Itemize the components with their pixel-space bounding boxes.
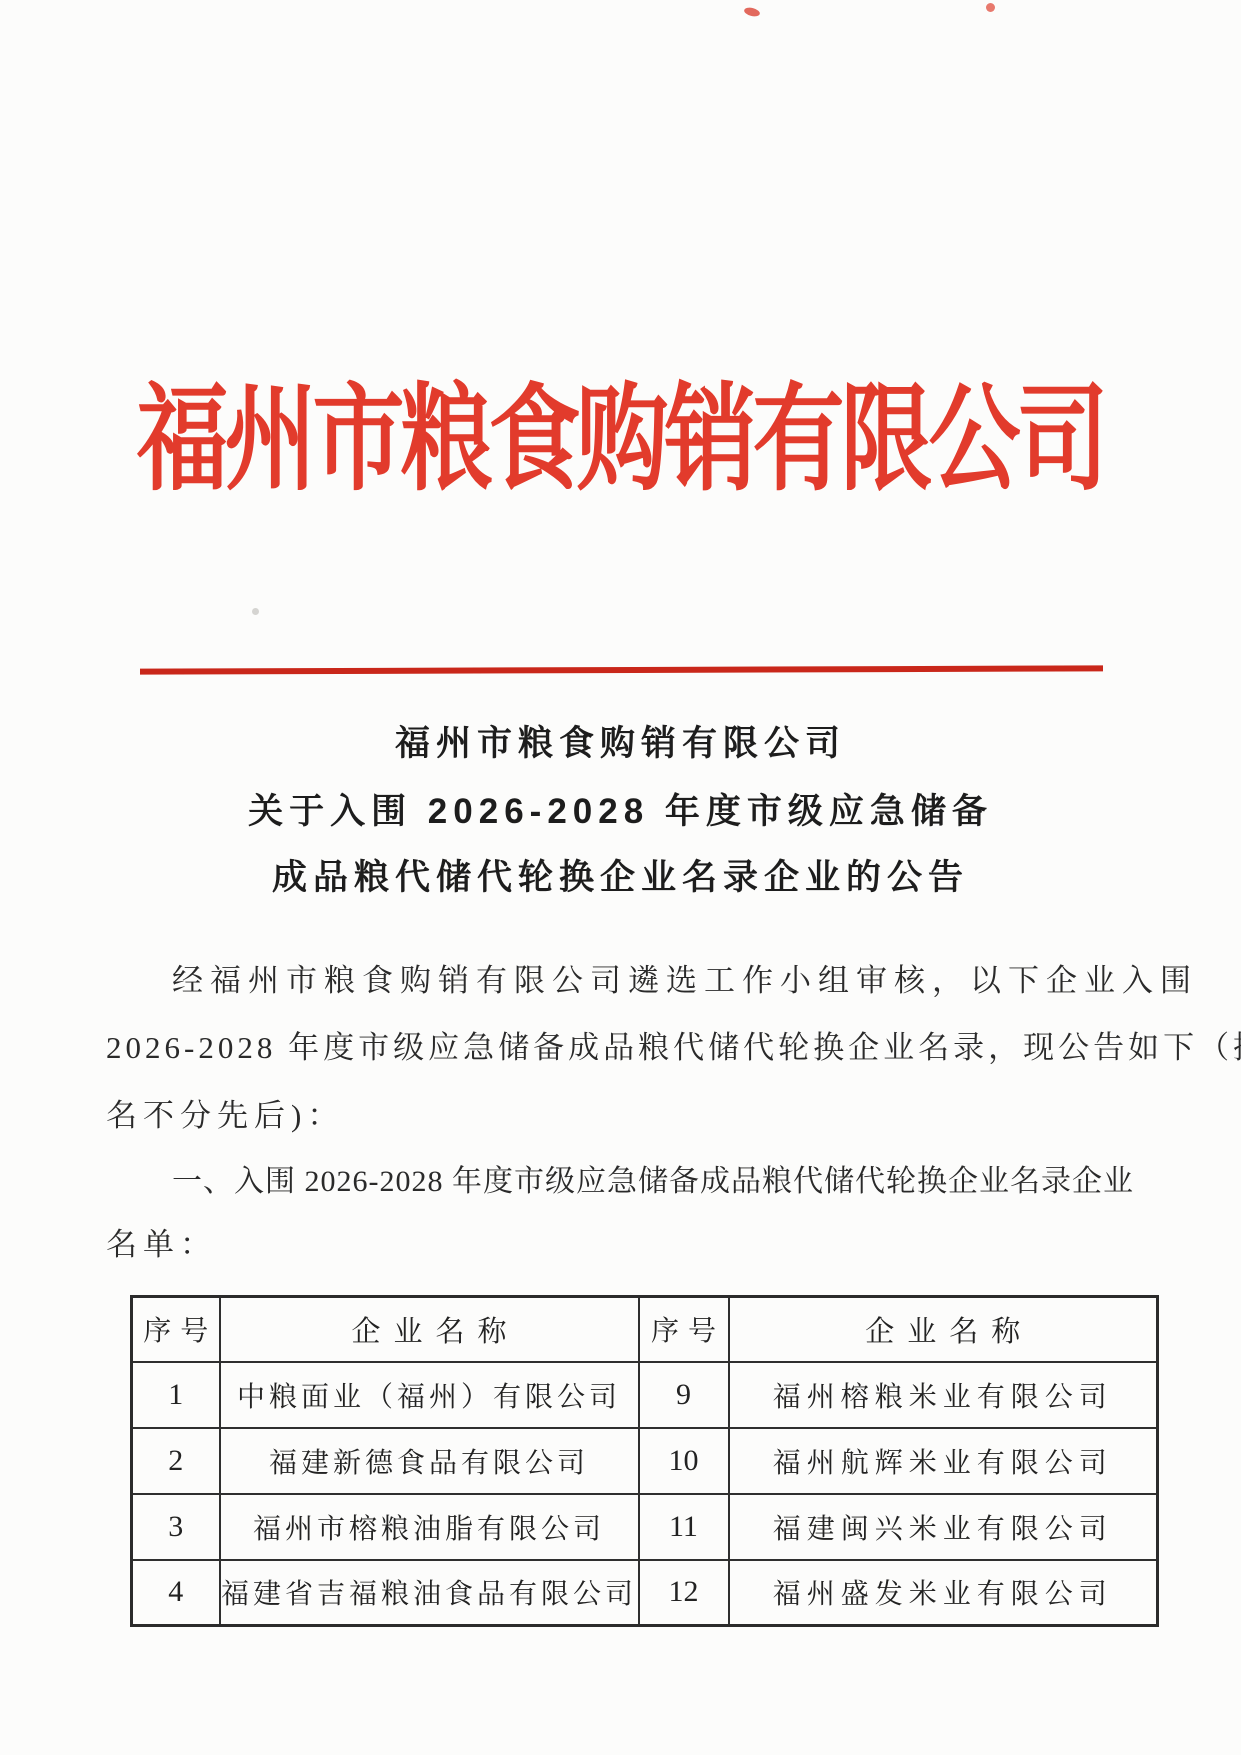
- company-name-cell: 中粮面业（福州）有限公司: [220, 1362, 639, 1428]
- row-index-cell: 10: [639, 1428, 729, 1494]
- companies-table: 序号 企业名称 序号 企业名称 1 中粮面业（福州）有限公司 9 福州榕粮米业有…: [130, 1295, 1159, 1627]
- scan-speck: [743, 6, 760, 18]
- table-row: 2 福建新德食品有限公司 10 福州航辉米业有限公司: [132, 1428, 1158, 1494]
- table-header-row: 序号 企业名称 序号 企业名称: [132, 1297, 1158, 1362]
- scan-speck: [252, 608, 259, 615]
- row-index-cell: 11: [639, 1494, 729, 1560]
- scan-speck: [986, 3, 995, 12]
- table-row: 4 福建省吉福粮油食品有限公司 12 福州盛发米业有限公司: [132, 1560, 1158, 1626]
- red-divider-rule: [140, 665, 1103, 674]
- list-intro-line: 名单：: [106, 1219, 1118, 1263]
- row-index-cell: 3: [132, 1494, 220, 1560]
- col-header-index-right: 序号: [639, 1297, 729, 1362]
- body-paragraph-line: 2026-2028 年度市级应急储备成品粮代储代轮换企业名录，现公告如下（排: [106, 1022, 1118, 1066]
- row-index-cell: 1: [132, 1362, 220, 1428]
- company-name-cell: 福州市榕粮油脂有限公司: [220, 1494, 639, 1560]
- row-index-cell: 2: [132, 1428, 220, 1494]
- doc-title-line-3: 成品粮代储代轮换企业名录企业的公告: [0, 850, 1241, 896]
- doc-title-line-2: 关于入围 2026-2028 年度市级应急储备: [0, 784, 1241, 830]
- company-name-cell: 福州榕粮米业有限公司: [729, 1362, 1158, 1428]
- row-index-cell: 12: [639, 1560, 729, 1626]
- company-name-cell: 福州盛发米业有限公司: [729, 1560, 1158, 1626]
- body-paragraph-line: 经福州市粮食购销有限公司遴选工作小组审核，以下企业入围: [106, 955, 1184, 999]
- company-name-cell: 福建新德食品有限公司: [220, 1428, 639, 1494]
- document-page: 福州市粮食购销有限公司 福州市粮食购销有限公司 关于入围 2026-2028 年…: [0, 0, 1241, 1755]
- col-header-name-left: 企业名称: [220, 1297, 639, 1362]
- row-index-cell: 4: [132, 1560, 220, 1626]
- row-index-cell: 9: [639, 1362, 729, 1428]
- body-paragraph-line: 名不分先后)：: [106, 1090, 1118, 1134]
- doc-title-line-1: 福州市粮食购销有限公司: [0, 716, 1241, 762]
- company-name-cell: 福州航辉米业有限公司: [729, 1428, 1158, 1494]
- table-row: 3 福州市榕粮油脂有限公司 11 福建闽兴米业有限公司: [132, 1494, 1158, 1560]
- col-header-name-right: 企业名称: [729, 1297, 1158, 1362]
- company-name-cell: 福建闽兴米业有限公司: [729, 1494, 1158, 1560]
- table-row: 1 中粮面业（福州）有限公司 9 福州榕粮米业有限公司: [132, 1362, 1158, 1428]
- letterhead-title: 福州市粮食购销有限公司: [0, 332, 1241, 529]
- list-intro-line: 一、入围 2026-2028 年度市级应急储备成品粮代储代轮换企业名录企业: [106, 1156, 1184, 1200]
- col-header-index-left: 序号: [132, 1297, 220, 1362]
- company-name-cell: 福建省吉福粮油食品有限公司: [220, 1560, 639, 1626]
